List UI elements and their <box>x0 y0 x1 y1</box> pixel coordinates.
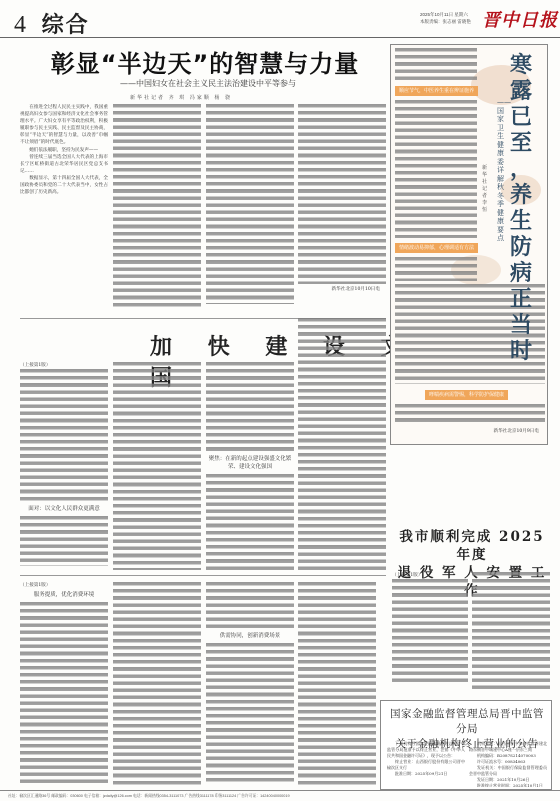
column-text <box>206 643 294 783</box>
health-column-a <box>395 100 477 238</box>
health-tag-1: 顺应节气，中医养生重在辨证施养 <box>395 86 478 96</box>
continued-from: （上接第1版） <box>20 582 108 589</box>
health-dateline-wrap: 新华社北京10月9日电 <box>395 426 545 440</box>
column-text <box>206 582 294 630</box>
notice-paragraph: 批准终止营业时间：2025年10月1日 <box>469 783 547 787</box>
health-column-b <box>395 257 477 281</box>
health-dateline: 新华社北京10月9日电 <box>395 428 545 435</box>
consumption-article-column-3: 供需协同，创新消费场景 <box>206 582 294 786</box>
title-char: 正 <box>510 286 538 312</box>
notice-paragraph: 下列机构经国家金融监督管理总局晋中监管分局批准予以终止营业，注销《中华人民共和国… <box>387 741 465 759</box>
column-text <box>206 474 294 570</box>
consumption-article-column-4 <box>298 582 376 786</box>
culture-subhead-2: 聚焦：在新的起点建设强盛文化繁荣、建设文化强国 <box>206 455 294 471</box>
notice-paragraph: 批准日期：2025年09月21日 <box>387 771 465 777</box>
title-line: 国家金融监督管理总局晋中监管分局 <box>389 707 545 737</box>
notice-paragraph: 发证机关：中国银行保险监督管理委员会晋中监管分局 <box>469 765 547 777</box>
title-char: 病 <box>510 260 538 286</box>
lead-article-column-2 <box>113 104 201 310</box>
column-text <box>298 104 386 284</box>
culture-subhead-1: 面对：以文化人民群众更满意 <box>20 506 108 513</box>
bank-closure-notice: 国家金融监督管理总局晋中监管分局 关于金融机构终止营业的公告 下列机构经国家金融… <box>380 700 552 790</box>
lead-article-column-4: 新华社北京10月10日电 <box>298 104 386 310</box>
culture-article-column-3: 聚焦：在新的起点建设强盛文化繁荣、建设文化强国 <box>206 362 294 570</box>
title-char: 至 <box>510 130 538 156</box>
health-intro <box>395 48 477 82</box>
masthead: 4 综合 2025年10月11日 星期六 本版责编：张志丽 雷晓艳 晋中日报 <box>0 0 560 38</box>
title-char: 寒 <box>510 52 538 78</box>
health-feature-byline: 新华社记者 李 恒 <box>482 165 490 214</box>
title-char: 露 <box>510 78 538 104</box>
health-tag-3: 哮喘疾病需警惕，科学防护保健康 <box>425 390 508 400</box>
page-number: 4 <box>14 12 28 38</box>
page-section-label: 4 综合 <box>14 8 90 39</box>
continued-from: （上接第1版） <box>392 572 468 579</box>
column-text <box>20 516 108 566</box>
newspaper-logo: 晋中日报 <box>482 6 558 32</box>
culture-article-column-1: （上接第1版） 面对：以文化人民群众更满意 <box>20 362 108 570</box>
column-text <box>392 579 468 683</box>
column-text <box>20 602 108 786</box>
page-editors: 本版责编：张志丽 雷晓艳 <box>420 18 471 25</box>
lead-article-byline: 新华社记者 齐 琪 冯家顺 杨 骁 <box>130 94 232 101</box>
notice-paragraph: 机构住所：山西省晋中市榆次区新建北路东侧晋中城建中心A座一层东三间 <box>469 741 547 753</box>
culture-article-column-4 <box>298 318 386 570</box>
title-char: 生 <box>510 208 538 234</box>
notice-paragraph: 终止营业：山西银行股份有限公司晋中榆次区支行 <box>387 759 465 771</box>
title-char: 当 <box>510 312 538 338</box>
title-char: 防 <box>510 234 538 260</box>
health-tag-2: 情绪波动易抑郁，心理调适有方法 <box>395 243 478 253</box>
column-text <box>20 369 108 503</box>
paragraph: 曾连续三届当选全国人大代表的上海市长宁区虹桥街道古北荣华居民区党总支书记…… <box>20 154 108 175</box>
notice-column-1: 下列机构经国家金融监督管理总局晋中监管分局批准予以终止营业，注销《中华人民共和国… <box>387 741 465 787</box>
lead-article-dateline: 新华社北京10月10日电 <box>298 286 386 293</box>
paragraph: 她们依法履职，坚持为民发声—— <box>20 147 108 154</box>
title-char: 养 <box>510 182 538 208</box>
title-char: ， <box>510 156 538 182</box>
divider <box>20 575 386 576</box>
veteran-article-column-1: （上接第1版） <box>392 572 468 692</box>
lead-article-subtitle: ——中国妇女在社会主义民主法治建设中平等参与 <box>120 78 296 89</box>
footer-contact: 社址：榆次区汇通路36号 邮政编码：030600 电子信箱：jzdaily@12… <box>8 794 290 798</box>
health-column-d <box>395 404 545 424</box>
lead-article-column-1: 在推进全过程人民民主实践中，我国重视提高妇女参与国家和经济文化社会事务管理水平。… <box>20 104 108 310</box>
page-footer: 社址：榆次区汇通路36号 邮政编码：030600 电子信箱：jzdaily@12… <box>0 790 560 801</box>
title-char: 已 <box>510 104 538 130</box>
paragraph: 数据显示，第十四届全国人大代表，全国政协委员和党的二十大代表当中，女性占比都创了… <box>20 175 108 196</box>
health-feature-title: 寒 露 已 至 ， 养 生 防 病 正 当 时 <box>510 52 538 364</box>
health-feature-subtitle: ——国家卫生健康委详解秋冬季健康要点 <box>497 98 507 243</box>
continued-from: （上接第1版） <box>20 362 108 369</box>
consumption-article-column-2 <box>113 582 201 786</box>
consumption-article-column-1: （上接第1版） 服务提质，优化消费环境 <box>20 582 108 786</box>
consumption-subhead-1: 服务提质，优化消费环境 <box>20 592 108 599</box>
consumption-subhead-2: 供需协同，创新消费场景 <box>206 633 294 640</box>
title-line: 我市顺利完成 2025 年度 <box>392 528 552 564</box>
issue-meta: 2025年10月11日 星期六 本版责编：张志丽 雷晓艳 <box>420 11 471 25</box>
lead-article-title: 彰显“半边天”的智慧与力量 <box>20 44 390 79</box>
issue-date: 2025年10月11日 星期六 <box>420 11 471 18</box>
title-char: 时 <box>510 338 538 364</box>
veteran-article-column-2 <box>472 572 550 692</box>
paragraph: 在推进全过程人民民主实践中，我国重视提高妇女参与国家和经济文化社会事务管理水平。… <box>20 104 108 147</box>
culture-article-column-2 <box>113 362 201 570</box>
notice-column-2: 机构住所：山西省晋中市榆次区新建北路东侧晋中城建中心A座一层东三间 机构编码：B… <box>469 741 547 787</box>
column-text <box>206 362 294 452</box>
section-name: 综合 <box>42 12 90 38</box>
lead-article-column-3 <box>206 104 294 304</box>
